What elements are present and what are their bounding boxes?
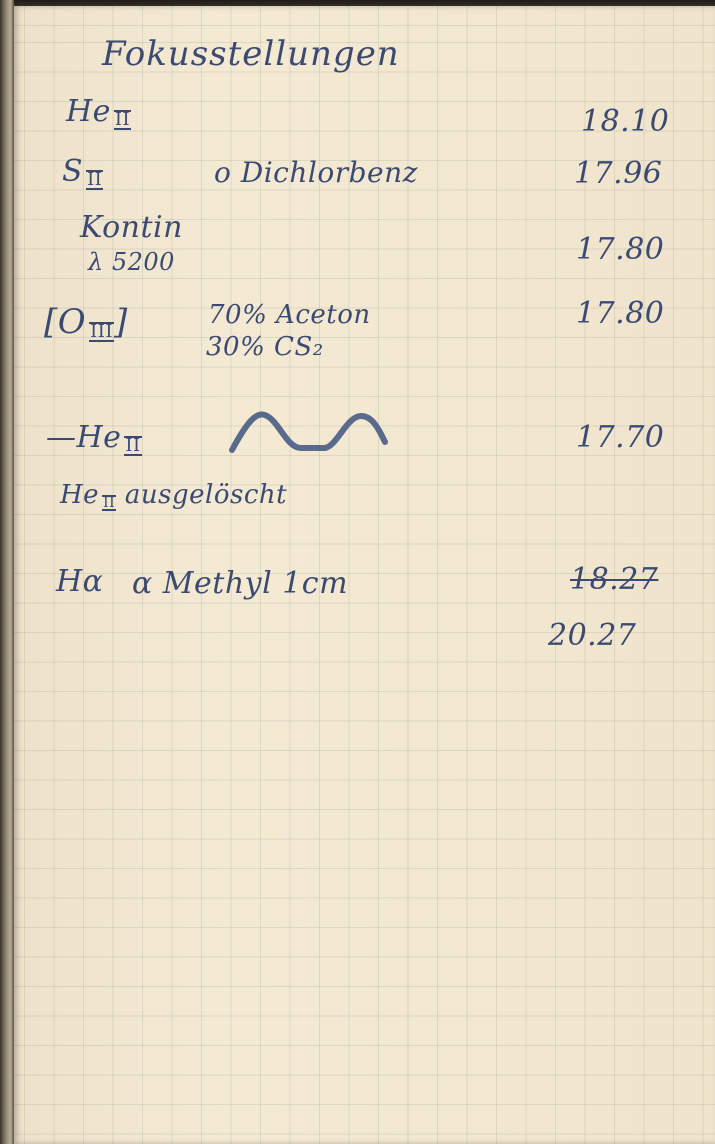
entry-he-ii-extinguished: HeII ausgelöscht — [60, 480, 287, 511]
forbidden-line-bracket: ] — [114, 302, 128, 342]
element-symbol: He — [77, 420, 122, 455]
ionization-numeral: II — [102, 495, 116, 511]
sine-wave-icon — [229, 410, 391, 458]
ionization-numeral: III — [89, 322, 114, 342]
element-symbol: [O — [44, 302, 86, 342]
entry-h-alpha-filter-note: α Methyl 1cm — [132, 566, 348, 601]
entry-he-ii-label: HeII — [66, 94, 131, 130]
entry-s-ii-filter-note: o Dichlorbenz — [214, 156, 418, 189]
entry-kontin-label: Kontin — [80, 210, 183, 245]
notebook-binding — [0, 0, 14, 1144]
entry-minus-he-ii-value: 17.70 — [576, 420, 664, 455]
element-symbol: He — [66, 94, 111, 129]
minus-sign: — — [46, 420, 77, 455]
ionization-numeral: II — [124, 436, 141, 456]
notebook-page: Fokusstellungen HeII 18.10 SII o Dichlor… — [14, 6, 715, 1144]
ionization-numeral: II — [114, 110, 131, 130]
entry-he-ii-value: 18.10 — [581, 104, 669, 139]
entry-s-ii-label: SII — [62, 154, 103, 190]
element-symbol: He — [60, 480, 99, 510]
entry-o-iii-value: 17.80 — [576, 296, 664, 331]
entry-o-iii-filter-line1: 70% Aceton — [208, 300, 371, 330]
element-symbol: S — [62, 154, 83, 189]
page-title: Fokusstellungen — [102, 34, 400, 74]
entry-h-alpha-label: Hα — [56, 564, 103, 599]
entry-kontin-wavelength: λ 5200 — [88, 248, 175, 276]
entry-o-iii-filter-line2: 30% CS₂ — [206, 332, 324, 362]
extinguished-note: ausgelöscht — [125, 480, 287, 510]
entry-h-alpha-value-struck: 18.27 — [570, 562, 658, 597]
entry-minus-he-ii-label: —HeII — [46, 420, 142, 456]
ionization-numeral: II — [86, 170, 103, 190]
entry-o-iii-label: [OIII] — [44, 302, 128, 342]
entry-s-ii-value: 17.96 — [574, 156, 662, 191]
entry-h-alpha-value-corrected: 20.27 — [548, 618, 636, 653]
entry-kontin-value: 17.80 — [576, 232, 664, 267]
